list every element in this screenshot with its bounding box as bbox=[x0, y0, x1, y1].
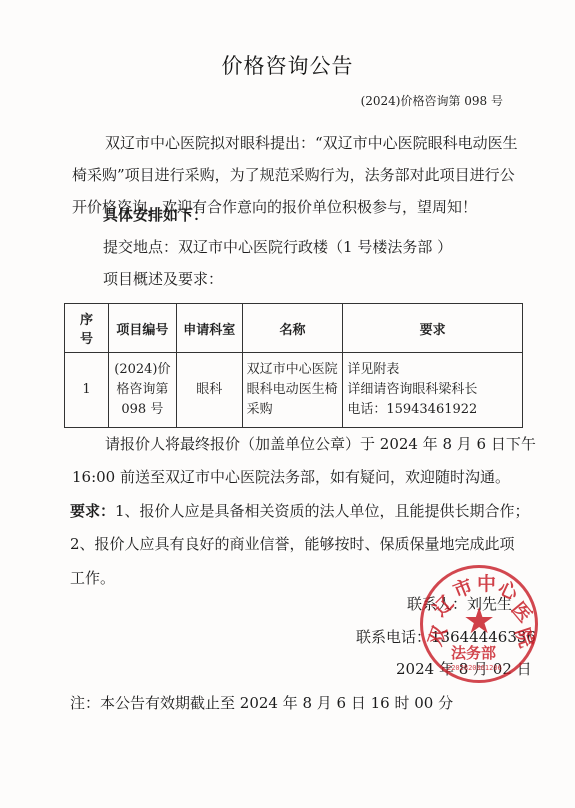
header-seq-line-1: 序 bbox=[69, 309, 104, 328]
project-no-line-2: 格咨询第 bbox=[113, 380, 172, 400]
requirements-label: 要求： bbox=[70, 502, 115, 520]
announcement-page: 价格咨询公告 (2024)价格咨询第 098 号 双辽市中心医院拟对眼科提出：“… bbox=[0, 0, 575, 808]
req-line-3: 电话：15943461922 bbox=[347, 400, 518, 420]
document-number: (2024)价格咨询第 098 号 bbox=[361, 92, 503, 109]
intro-line-1: 双辽市中心医院拟对眼科提出：“双辽市中心医院眼科电动医生 bbox=[105, 136, 518, 151]
header-project-no: 项目编号 bbox=[108, 304, 176, 353]
cell-requirements: 详见附表 详细请咨询眼科梁科长 电话：15943461922 bbox=[343, 353, 523, 428]
project-table: 序 号 项目编号 申请科室 名称 要求 1 (2024)价 格咨询第 098 号… bbox=[64, 303, 523, 428]
requirements-item-1: 1、报价人应是具备相关资质的法人单位，且能提供长期合作； bbox=[115, 502, 530, 520]
cell-seq: 1 bbox=[65, 353, 109, 428]
requirements-item-1-row: 要求：1、报价人应是具备相关资质的法人单位，且能提供长期合作； bbox=[70, 504, 530, 519]
header-seq: 序 号 bbox=[65, 304, 109, 353]
req-line-2: 详细请咨询眼科梁科长 bbox=[347, 380, 518, 400]
contact-date: 2024 年 8 月 02 日 bbox=[396, 662, 532, 677]
project-overview-heading: 项目概述及要求： bbox=[103, 272, 223, 287]
header-seq-line-2: 号 bbox=[69, 328, 104, 347]
name-line-3: 采购 bbox=[247, 400, 339, 420]
contact-phone: 联系电话：13644446336 bbox=[356, 630, 536, 645]
header-department: 申请科室 bbox=[176, 304, 242, 353]
contact-person: 联系人：刘先生 bbox=[407, 597, 512, 612]
cell-department: 眼科 bbox=[176, 353, 242, 428]
intro-line-2: 椅采购”项目进行采购，为了规范采购行为，法务部对此项目进行公 bbox=[72, 168, 515, 183]
validity-note: 注：本公告有效期截止至 2024 年 8 月 6 日 16 时 00 分 bbox=[70, 696, 453, 711]
name-line-2: 眼科电动医生椅 bbox=[247, 380, 339, 400]
header-name: 名称 bbox=[242, 304, 343, 353]
cell-name: 双辽市中心医院 眼科电动医生椅 采购 bbox=[242, 353, 343, 428]
submission-location: 提交地点：双辽市中心医院行政楼（1 号楼法务部 ） bbox=[103, 240, 452, 255]
table-header-row: 序 号 项目编号 申请科室 名称 要求 bbox=[65, 304, 523, 353]
req-line-1: 详见附表 bbox=[347, 360, 518, 380]
requirements-item-2-line-1: 2、报价人应具有良好的商业信誉，能够按时、保质保量地完成此项 bbox=[70, 537, 515, 552]
project-no-line-1: (2024)价 bbox=[113, 360, 172, 380]
project-no-line-3: 098 号 bbox=[113, 400, 172, 420]
header-requirements: 要求 bbox=[343, 304, 523, 353]
arrangement-heading: 具体安排如下： bbox=[103, 208, 208, 223]
seal-char: 中 bbox=[477, 569, 496, 596]
deadline-line-1: 请报价人将最终报价（加盖单位公章）于 2024 年 8 月 6 日下午 bbox=[105, 437, 536, 452]
requirements-item-2-line-2: 工作。 bbox=[70, 571, 115, 586]
name-line-1: 双辽市中心医院 bbox=[247, 360, 339, 380]
cell-project-no: (2024)价 格咨询第 098 号 bbox=[108, 353, 176, 428]
table-row: 1 (2024)价 格咨询第 098 号 眼科 双辽市中心医院 眼科电动医生椅 … bbox=[65, 353, 523, 428]
deadline-line-2: 16:00 前送至双辽市中心医院法务部，如有疑问，欢迎随时沟通。 bbox=[72, 470, 510, 485]
page-title: 价格咨询公告 bbox=[0, 50, 575, 80]
